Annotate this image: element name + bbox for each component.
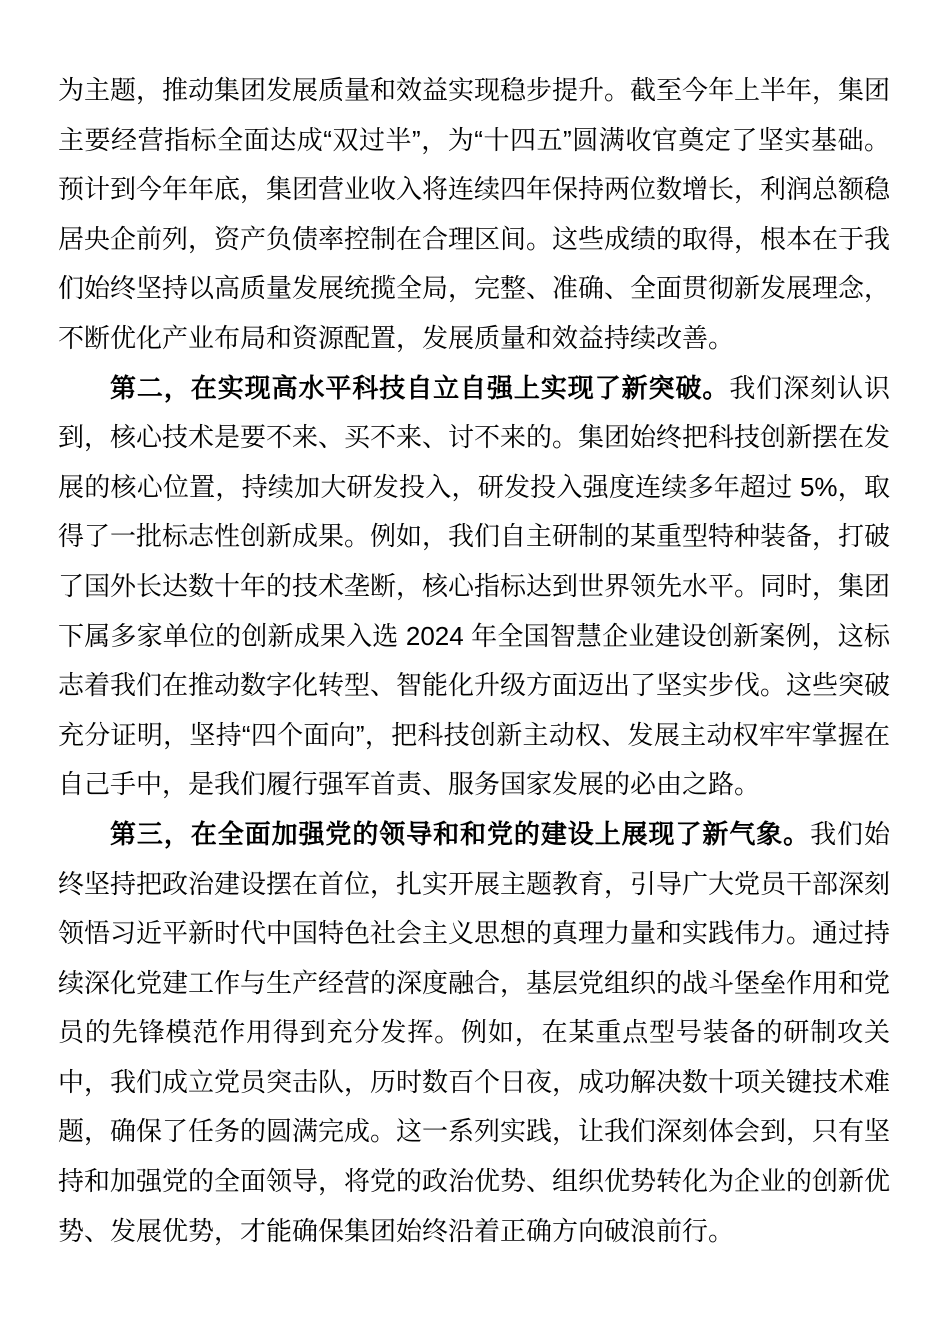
paragraph: 为主题，推动集团发展质量和效益实现稳步提升。截至今年上半年，集团主要经营指标全面… [58, 66, 890, 364]
paragraph-text: 为主题，推动集团发展质量和效益实现稳步提升。截至今年上半年，集团主要经营指标全面… [58, 75, 890, 353]
document-page: 为主题，推动集团发展质量和效益实现稳步提升。截至今年上半年，集团主要经营指标全面… [0, 0, 950, 1344]
paragraph-text: 我们深刻认识到，核心技术是要不来、买不来、讨不来的。集团始终把科技创新摆在发展的… [58, 373, 890, 800]
paragraph-lead-bold: 第三，在全面加强党的领导和和党的建设上展现了新气象。 [110, 819, 810, 849]
paragraph: 第二，在实现高水平科技自立自强上实现了新突破。我们深刻认识到，核心技术是要不来、… [58, 364, 890, 810]
document-body: 为主题，推动集团发展质量和效益实现稳步提升。截至今年上半年，集团主要经营指标全面… [58, 66, 890, 1256]
paragraph-lead-bold: 第二，在实现高水平科技自立自强上实现了新突破。 [110, 373, 729, 403]
paragraph-text: 我们始终坚持把政治建设摆在首位，扎实开展主题教育，引导广大党员干部深刻领悟习近平… [58, 819, 890, 1246]
paragraph: 第三，在全面加强党的领导和和党的建设上展现了新气象。我们始终坚持把政治建设摆在首… [58, 810, 890, 1256]
